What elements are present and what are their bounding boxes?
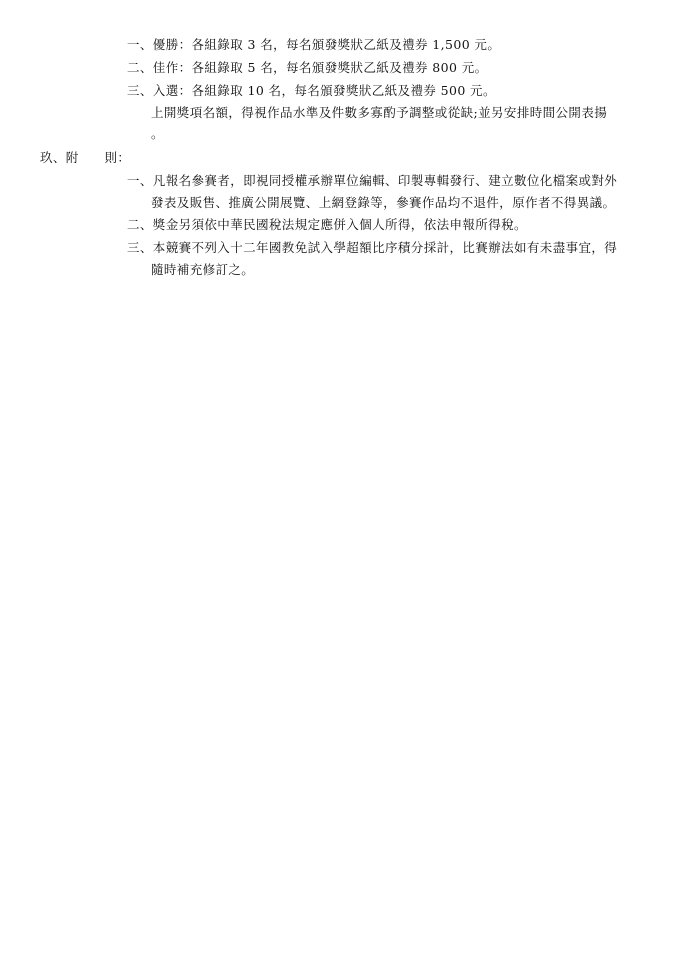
section-heading-appendix: 玖、附 則： — [40, 150, 130, 166]
award-item-first: 一、優勝：各組錄取 3 名，每名頒發獎狀乙紙及禮券 1,500 元。 — [127, 37, 500, 53]
appendix-item-1-cont: 發表及販售、推廣公開展覽、上網登錄等，參賽作品均不退件，原作者不得異議。 — [151, 195, 615, 211]
appendix-item-2: 二、獎金另須依中華民國稅法規定應併入個人所得，依法申報所得稅。 — [127, 217, 527, 233]
award-note-cont: 。 — [151, 126, 164, 142]
award-item-selected: 三、入選：各組錄取 10 名，每名頒發獎狀乙紙及禮券 500 元。 — [127, 83, 496, 99]
appendix-item-1: 一、凡報名參賽者，即視同授權承辦單位編輯、印製專輯發行、建立數位化檔案或對外 — [127, 173, 617, 189]
award-note: 上開獎項名額，得視作品水準及件數多寡酌予調整或從缺;並另安排時間公開表揚 — [151, 105, 607, 121]
appendix-item-3: 三、本競賽不列入十二年國教免試入學超額比序積分採計，比賽辦法如有未盡事宜，得 — [127, 240, 617, 256]
award-item-honorable: 二、佳作：各組錄取 5 名，每名頒發獎狀乙紙及禮券 800 元。 — [127, 60, 488, 76]
appendix-item-3-cont: 隨時補充修訂之。 — [151, 262, 254, 278]
